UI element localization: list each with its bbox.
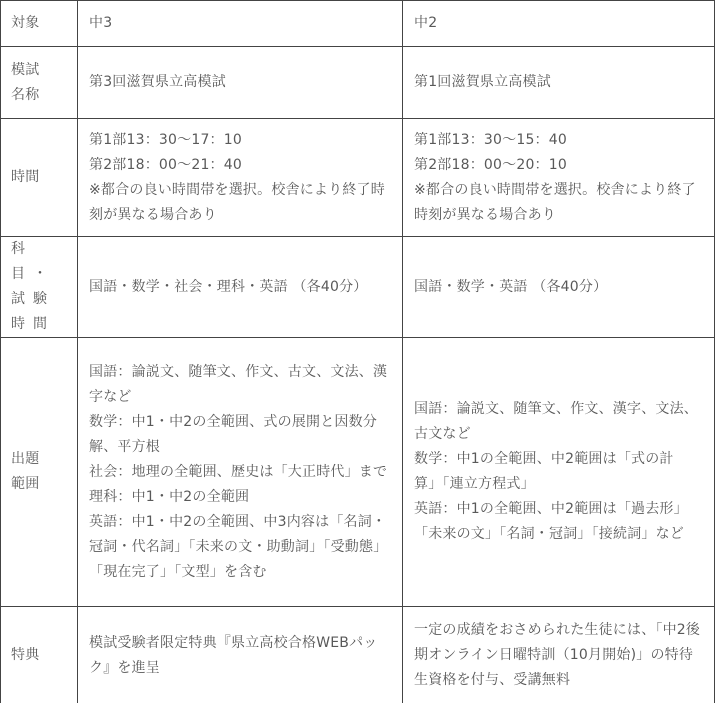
cell-subjects-chu3: 国語・数学・社会・理科・英語 （各40分） xyxy=(78,237,403,338)
cell-text: 理科：中1・中2の全範囲 xyxy=(89,485,390,510)
cell-time-chu2: 第1部13：30〜15：40 第2部18：00〜20：10 ※都合の良い時間帯を… xyxy=(403,119,715,237)
cell-exam-name-chu3: 第3回滋賀県立高模試 xyxy=(78,47,403,119)
row-header-benefits: 特典 xyxy=(1,607,78,703)
cell-text: 国語：論説文、随筆文、作文、古文、文法、漢字など xyxy=(89,360,390,410)
cell-text: 第1部13：30〜17：10 xyxy=(89,128,390,153)
row-time: 時間 第1部13：30〜17：10 第2部18：00〜21：40 ※都合の良い時… xyxy=(1,119,715,237)
header-text: 名称 xyxy=(11,83,71,108)
row-benefits: 特典 模試受験者限定特典『県立高校合格WEBパック』を進呈 一定の成績をおさめら… xyxy=(1,607,715,703)
row-scope: 出題 範囲 国語：論説文、随筆文、作文、古文、文法、漢字など 数学：中1・中2の… xyxy=(1,338,715,607)
cell-text: 中2 xyxy=(414,11,702,36)
cell-text: 国語・数学・英語 （各40分） xyxy=(414,275,702,300)
row-header-subjects: 科目・試験時間 xyxy=(1,237,78,338)
row-subjects: 科目・試験時間 国語・数学・社会・理科・英語 （各40分） 国語・数学・英語 （… xyxy=(1,237,715,338)
cell-text: ※都合の良い時間帯を選択。校舎により終了時刻が異なる場合あり xyxy=(414,178,702,228)
mock-exam-comparison-table: 対象 中3 中2 模試 名称 第3回滋賀県立高模試 第1回滋賀県立高模試 時 xyxy=(0,0,715,703)
cell-text: 中3 xyxy=(89,11,390,36)
cell-text: 社会：地理の全範囲、歴史は「大正時代」まで xyxy=(89,460,390,485)
row-header-time: 時間 xyxy=(1,119,78,237)
cell-text: 英語：中1・中2の全範囲、中3内容は「名詞・冠詞・代名詞」「未来の文・助動詞」「… xyxy=(89,510,390,585)
cell-target-chu3: 中3 xyxy=(78,1,403,47)
cell-text: 第1部13：30〜15：40 xyxy=(414,128,702,153)
cell-subjects-chu2: 国語・数学・英語 （各40分） xyxy=(403,237,715,338)
cell-text: 国語：論説文、随筆文、作文、漢字、文法、古文など xyxy=(414,397,702,447)
cell-text: ※都合の良い時間帯を選択。校舎により終了時刻が異なる場合あり xyxy=(89,178,390,228)
cell-text: 英語：中1の全範囲、中2範囲は「過去形」「未来の文」「名詞・冠詞」「接続詞」など xyxy=(414,497,702,547)
cell-exam-name-chu2: 第1回滋賀県立高模試 xyxy=(403,47,715,119)
header-text: 範囲 xyxy=(11,472,71,497)
row-target: 対象 中3 中2 xyxy=(1,1,715,47)
cell-text: 第3回滋賀県立高模試 xyxy=(89,70,390,95)
cell-time-chu3: 第1部13：30〜17：10 第2部18：00〜21：40 ※都合の良い時間帯を… xyxy=(78,119,403,237)
row-header-target: 対象 xyxy=(1,1,78,47)
cell-text: 数学：中1の全範囲、中2範囲は「式の計算」「連立方程式」 xyxy=(414,447,702,497)
cell-benefits-chu3: 模試受験者限定特典『県立高校合格WEBパック』を進呈 xyxy=(78,607,403,703)
row-exam-name: 模試 名称 第3回滋賀県立高模試 第1回滋賀県立高模試 xyxy=(1,47,715,119)
cell-text: 一定の成績をおさめられた生徒には、「中2後期オンライン日曜特訓（10月開始)」の… xyxy=(414,618,702,693)
cell-scope-chu2: 国語：論説文、随筆文、作文、漢字、文法、古文など 数学：中1の全範囲、中2範囲は… xyxy=(403,338,715,607)
header-text: 対象 xyxy=(11,11,71,36)
cell-text: 数学：中1・中2の全範囲、式の展開と因数分解、平方根 xyxy=(89,410,390,460)
header-text: 時間 xyxy=(11,165,71,190)
row-header-exam-name: 模試 名称 xyxy=(1,47,78,119)
cell-text: 第2部18：00〜21：40 xyxy=(89,153,390,178)
cell-text: 第1回滋賀県立高模試 xyxy=(414,70,702,95)
cell-benefits-chu2: 一定の成績をおさめられた生徒には、「中2後期オンライン日曜特訓（10月開始)」の… xyxy=(403,607,715,703)
cell-target-chu2: 中2 xyxy=(403,1,715,47)
header-text: 出題 xyxy=(11,447,71,472)
header-text: 特典 xyxy=(11,643,71,668)
cell-scope-chu3: 国語：論説文、随筆文、作文、古文、文法、漢字など 数学：中1・中2の全範囲、式の… xyxy=(78,338,403,607)
header-text: 模試 xyxy=(11,58,71,83)
cell-text: 模試受験者限定特典『県立高校合格WEBパック』を進呈 xyxy=(89,631,390,681)
header-text: 科目・試験時間 xyxy=(11,237,71,337)
row-header-scope: 出題 範囲 xyxy=(1,338,78,607)
cell-text: 第2部18：00〜20：10 xyxy=(414,153,702,178)
cell-text: 国語・数学・社会・理科・英語 （各40分） xyxy=(89,275,390,300)
